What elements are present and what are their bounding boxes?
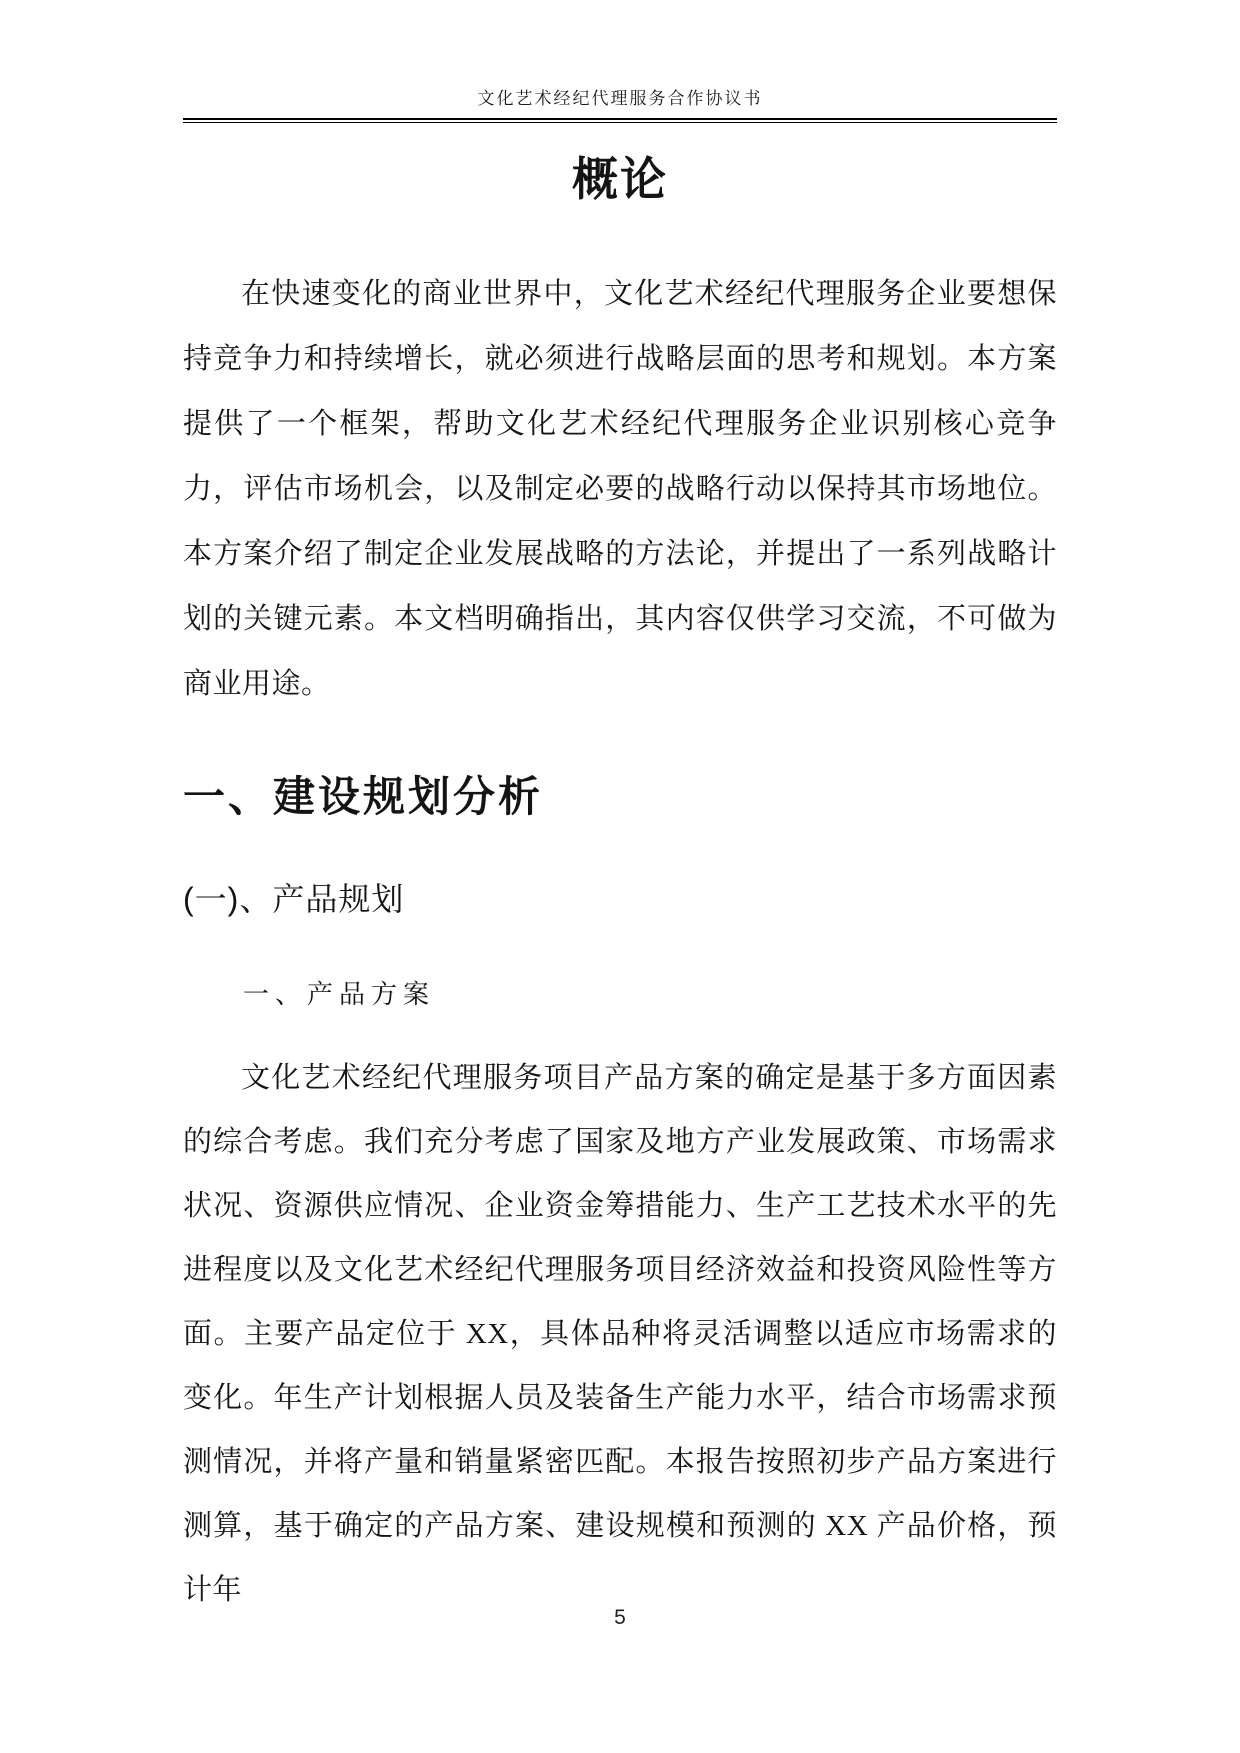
subsection-heading: (一)、产品规划	[183, 881, 1057, 918]
page-content: 文化艺术经纪代理服务合作协议书 概论 在快速变化的商业世界中，文化艺术经纪代理服…	[0, 0, 1240, 1622]
header-divider-rule	[183, 118, 1057, 123]
page-number: 5	[0, 1606, 1240, 1630]
section-heading: 一、建设规划分析	[183, 773, 1057, 821]
item-heading: 一、产品方案	[183, 980, 1057, 1010]
page-header-title: 文化艺术经纪代理服务合作协议书	[183, 0, 1057, 109]
intro-paragraph: 在快速变化的商业世界中，文化艺术经纪代理服务企业要想保持竞争力和持续增长，就必须…	[183, 262, 1057, 717]
body-paragraph: 文化艺术经纪代理服务项目产品方案的确定是基于多方面因素的综合考虑。我们充分考虑了…	[183, 1046, 1057, 1622]
document-page: 文化艺术经纪代理服务合作协议书 概论 在快速变化的商业世界中，文化艺术经纪代理服…	[0, 0, 1240, 1753]
document-title: 概论	[183, 153, 1057, 206]
